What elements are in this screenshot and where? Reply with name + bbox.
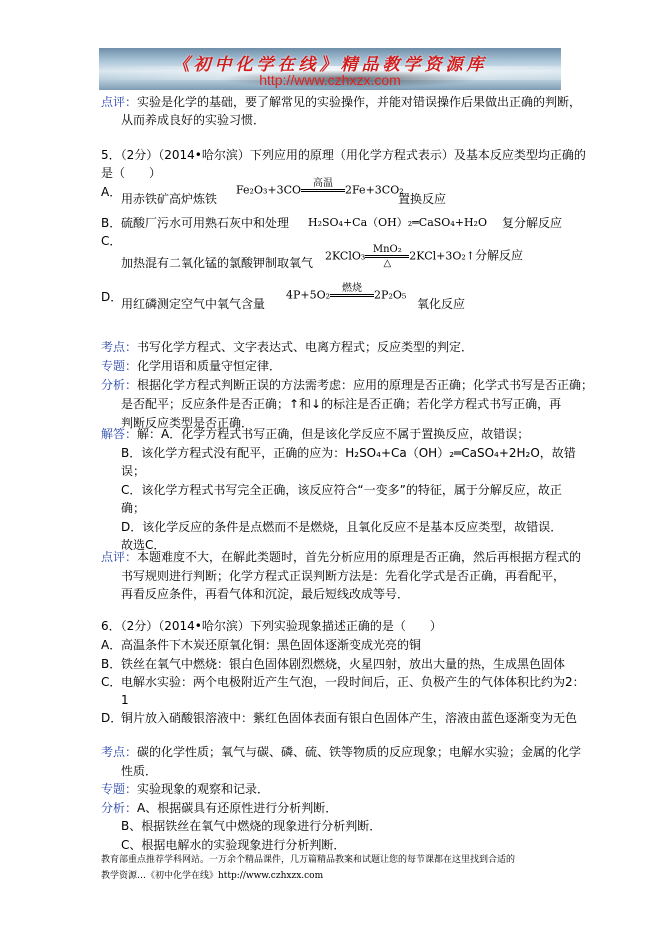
q6-fenxi: 分析：A、根据碳具有还原性进行分析判断． [101, 799, 561, 817]
zhuanti-label: 专题： [101, 359, 137, 373]
q5-option-d-equation: 4P+5O₂燃烧2P₂O₅ [286, 283, 406, 308]
reaction-condition: 高温 [301, 178, 345, 203]
kaodian-label: 考点： [101, 340, 137, 354]
eq-lhs: 2KClO₃ [325, 250, 365, 263]
q5-stem: 5．（2分）（2014•哈尔滨）下列应用的原理（用化学方程式表示）及基本反应类型… [101, 146, 561, 164]
q5-option-b-desc: 硫酸厂污水可用熟石灰中和处理 [121, 214, 289, 232]
cond-top: 燃烧 [330, 283, 374, 294]
kaodian-text: 书写化学方程式、文字表达式、电离方程式；反应类型的判定． [137, 340, 473, 354]
cond-top: MnO₂ [365, 244, 409, 255]
banner-url[interactable]: http://www.czhxzx.com [99, 72, 561, 88]
fenxi-label: 分析： [101, 801, 137, 815]
q5-option-d-desc: 用红磷测定空气中氧气含量 [121, 295, 265, 313]
fenxi-text-cont: B、根据铁丝在氧气中燃烧的现象进行分析判断． [121, 817, 381, 835]
q6-option-a-letter: A． [101, 636, 121, 654]
zhuanti-text: 实验现象的观察和记录． [137, 782, 269, 796]
heat-triangle-icon: △ [365, 258, 409, 269]
fenxi-text: A、根据碳具有还原性进行分析判断． [137, 801, 337, 815]
q5-option-a-type: 置换反应 [398, 190, 446, 208]
q6-option-d-text: 铜片放入硝酸银溶液中：紫红色固体表面有银白色固体产生，溶液由蓝色逐渐变为无色 [121, 709, 577, 727]
q5-option-c-type: 分解反应 [475, 249, 523, 263]
q5-jieda: 解答：解：A．化学方程式书写正确，但是该化学反应不属于置换反应，故错误； [101, 425, 561, 443]
q6-option-c-letter: C． [101, 673, 121, 691]
jieda-text-cont: C．该化学方程式书写完全正确，该反应符合“一变多”的特征，属于分解反应，故正 [121, 481, 562, 499]
comment-text: 实验是化学的基础，要了解常见的实验操作，并能对错误操作后果做出正确的判断， [137, 95, 581, 109]
cond-top: 高温 [301, 178, 345, 189]
footer-line-2: 教学资源…《初中化学在线》http://www.czhxzx.com [101, 868, 571, 885]
comment-label: 点评： [101, 95, 137, 109]
jieda-text: 解：A．化学方程式书写正确，但是该化学反应不属于置换反应，故错误； [137, 427, 529, 441]
jieda-text-cont: B．该化学方程式没有配平，正确的应为：H₂SO₄+Ca（OH）₂═CaSO₄+2… [121, 444, 576, 462]
q6-option-a-text: 高温条件下木炭还原氧化铜：黑色固体逐渐变成光亮的铜 [121, 636, 421, 654]
jieda-label: 解答： [101, 427, 137, 441]
q5-option-c-letter: C． [101, 232, 121, 250]
dianping-text-cont: 再看反应条件，再看气体和沉淀，最后短线改成等号． [121, 585, 409, 603]
reaction-condition: 燃烧 [330, 283, 374, 308]
jieda-text-cont: D．该化学反应的条件是点燃而不是燃烧，且氧化反应不是基本反应类型，故错误． [121, 518, 562, 536]
cond-bot [330, 297, 374, 308]
fenxi-text-cont: 是否配平；反应条件是否正确；↑和↓的标注是否正确；若化学方程式书写正确，再 [121, 395, 561, 413]
q5-fenxi: 分析：根据化学方程式判断正误的方法需考虑：应用的原理是否正确；化学式书写是否正确… [101, 376, 561, 394]
eq-rhs: 2P₂O₅ [374, 289, 406, 302]
jieda-text-cont: 误； [121, 462, 145, 480]
q5-kaodian: 考点：书写化学方程式、文字表达式、电离方程式；反应类型的判定． [101, 338, 561, 356]
reaction-condition: MnO₂△ [365, 244, 409, 269]
q5-option-b-type: 复分解反应 [502, 214, 562, 232]
q5-option-a-equation: Fe₂O₃+3CO高温2Fe+3CO₂ [236, 178, 404, 203]
fenxi-text: 根据化学方程式判断正误的方法需考虑：应用的原理是否正确；化学式书写是否正确； [137, 378, 593, 392]
dianping-label: 点评： [101, 550, 137, 564]
q6-option-b-letter: B． [101, 655, 121, 673]
header-banner: 《初中化学在线》精品教学资源库 http://www.czhxzx.com [99, 48, 561, 90]
prev-comment: 点评：实验是化学的基础，要了解常见的实验操作，并能对错误操作后果做出正确的判断， [101, 93, 561, 111]
q6-option-b-text: 铁丝在氧气中燃烧：银白色固体剧烈燃烧，火星四射，放出大量的热，生成黑色固体 [121, 655, 565, 673]
q5-option-c-equation: 2KClO₃MnO₂△2KCl+3O₂↑分解反应 [325, 244, 523, 269]
eq-rhs: 2KCl+3O₂↑ [409, 250, 475, 263]
q5-option-a-desc: 用赤铁矿高炉炼铁 [121, 190, 217, 208]
q6-option-c-text-cont: 1 [121, 691, 129, 709]
dianping-text: 本题难度不大，在解此类题时，首先分析应用的原理是否正确，然后再根据方程式的 [137, 550, 581, 564]
footer-line-1: 教育部重点推荐学科网站。一万余个精品课件，几万篇精品教案和试题让您的每节课都在这… [101, 852, 571, 869]
q5-dianping: 点评：本题难度不大，在解此类题时，首先分析应用的原理是否正确，然后再根据方程式的 [101, 548, 561, 566]
fenxi-label: 分析： [101, 378, 137, 392]
eq-lhs: Fe₂O₃+3CO [236, 184, 301, 197]
q6-option-c-text: 电解水实验：两个电极附近产生气泡，一段时间后，正、负极产生的气体体积比约为2： [121, 673, 585, 691]
q5-option-a-letter: A． [101, 183, 121, 201]
zhuanti-text: 化学用语和质量守恒定律． [137, 359, 281, 373]
q5-option-b-equation: H₂SO₄+Ca（OH）₂═CaSO₄+H₂O [308, 214, 487, 232]
jieda-text-cont: 确； [121, 499, 145, 517]
q5-option-c-desc: 加热混有二氧化锰的氯酸钾制取氧气 [121, 254, 313, 272]
q6-option-d-letter: D． [101, 709, 122, 727]
dianping-text-cont: 书写规则进行判断；化学方程式正误判断方法是：先看化学式是否正确，再看配平， [121, 567, 565, 585]
kaodian-text: 碳的化学性质；氧气与碳、磷、硫、铁等物质的反应现象；电解水实验；金属的化学 [137, 745, 581, 759]
q6-zhuanti: 专题：实验现象的观察和记录． [101, 780, 561, 798]
kaodian-text-cont: 性质． [121, 762, 157, 780]
comment-text-cont: 从而养成良好的实验习惯． [121, 111, 265, 129]
kaodian-label: 考点： [101, 745, 137, 759]
cond-bot [301, 192, 345, 203]
zhuanti-label: 专题： [101, 782, 137, 796]
q5-zhuanti: 专题：化学用语和质量守恒定律． [101, 357, 561, 375]
q5-option-b-letter: B． [101, 214, 121, 232]
q6-stem: 6．（2分）（2014•哈尔滨）下列实验现象描述正确的是（ ） [101, 617, 561, 635]
eq-lhs: 4P+5O₂ [286, 289, 330, 302]
q5-option-d-letter: D． [101, 288, 122, 306]
eq-rhs: 2Fe+3CO₂ [345, 184, 404, 197]
q5-option-d-type: 氧化反应 [417, 295, 465, 313]
q6-kaodian: 考点：碳的化学性质；氧气与碳、磷、硫、铁等物质的反应现象；电解水实验；金属的化学 [101, 743, 561, 761]
